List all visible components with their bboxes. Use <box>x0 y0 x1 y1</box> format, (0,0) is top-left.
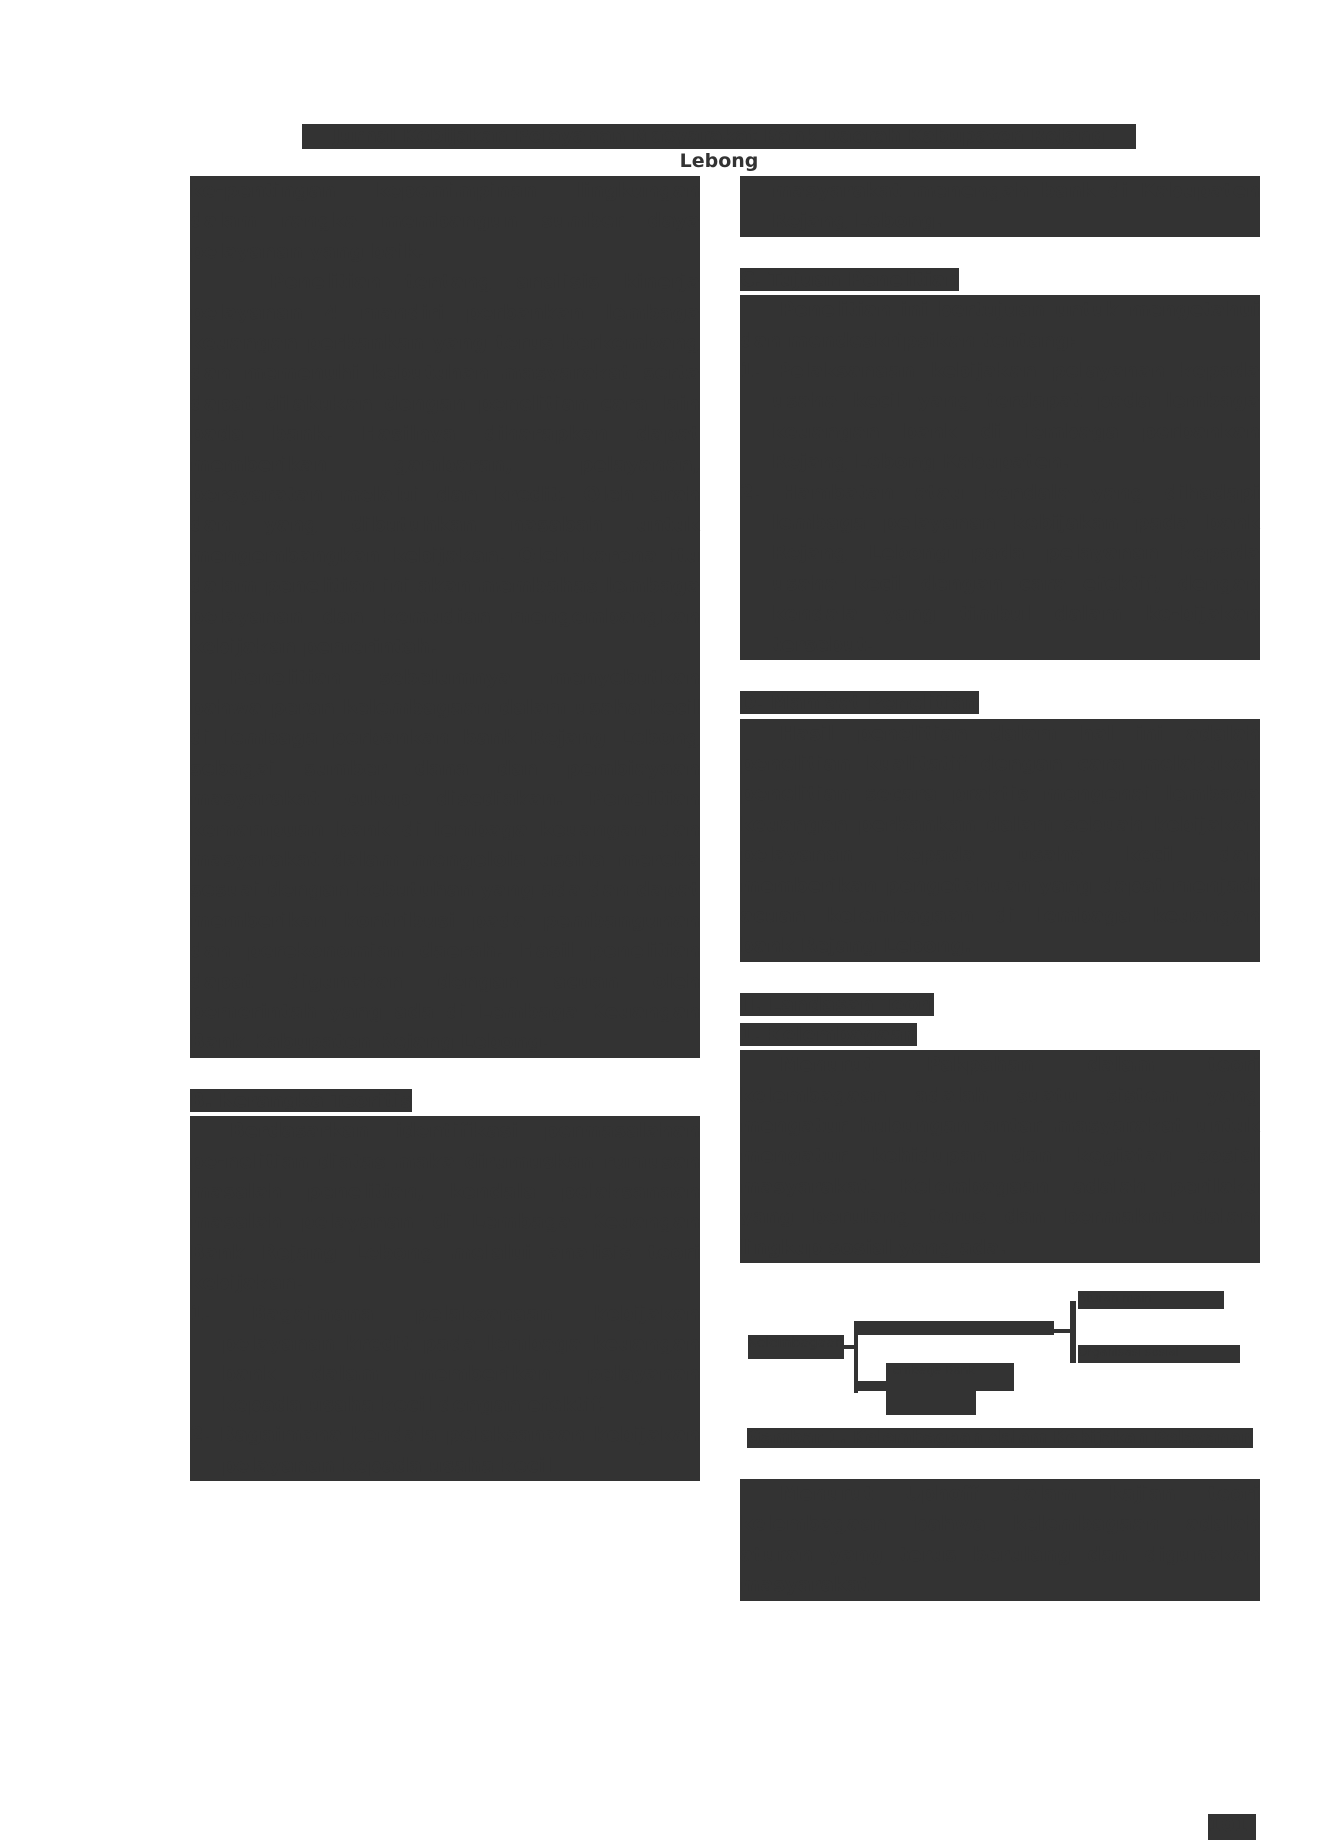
diagram-child: Organisasi sosial <box>1078 1345 1240 1363</box>
paragraph: Menurut Uphoff dalam kajian teori kelemb… <box>740 1479 1260 1601</box>
paragraph: masyarakat menengah bank di Kabupaten Re… <box>740 176 1260 237</box>
figure-caption: Gambar 1. Kelembagaan dalam Kebijakan Pe… <box>740 1425 1260 1451</box>
section-heading: B. Kerangka Teoritis <box>190 1086 700 1116</box>
diagram-root: Kelembagaan <box>748 1335 844 1359</box>
connector <box>1070 1301 1076 1363</box>
paragraph: Penelitian ini bertujuan untuk mengetahu… <box>740 295 1260 356</box>
paragraph: Berdasarkan identifikasi permasalahan pe… <box>190 1116 700 1298</box>
connector <box>854 1381 888 1391</box>
section-heading: D. Manfaat Penelitian <box>740 688 1260 718</box>
right-column: masyarakat menengah bank di Kabupaten Re… <box>740 176 1260 1601</box>
left-column: ke-pentingan kepemimpinan lingkungan dal… <box>190 176 700 1481</box>
paragraph: Hasil penelitian dalam hal ini adalah pe… <box>740 719 1260 962</box>
list-item: 1. Pelaksanaan kebijakan pelayanan kepad… <box>740 356 1260 478</box>
section-heading: C. Tujuan Penelitian <box>740 265 1260 295</box>
branch-top-bar <box>854 1321 1054 1335</box>
diagram-bottom: Lembaga Bank <box>886 1363 1014 1391</box>
diagram-bottom-line2 <box>886 1391 976 1415</box>
paragraph: Penelitian tentang analisis kinerja pela… <box>190 267 700 662</box>
list-item: 2. Bagaimana kendala pelaksanaan kebijak… <box>190 1420 700 1481</box>
paragraph: ke-pentingan kepemimpinan lingkungan dal… <box>190 176 700 267</box>
paragraph: Penelitian sebelumnya menyebutkan bahwa … <box>190 663 700 1058</box>
list-item: 2. Hambatan atau kendala yang dihadapi l… <box>740 478 1260 660</box>
running-header: Jurnal Kebijakan Pelayanan Masyarakat Ba… <box>302 124 1136 149</box>
page-number: 101 <box>1208 1814 1256 1840</box>
kelembagaan-diagram: Kelembagaan Aturan main Organisasi sosia… <box>740 1281 1260 1421</box>
list-item: 1. Bagaimana pelaksanaan kebijakan pelay… <box>190 1299 700 1421</box>
section-heading: II. Landasan Teori <box>740 990 1260 1020</box>
subsection-heading: 1. Kelembagaan <box>740 1020 1260 1050</box>
diagram-child: Aturan main <box>1078 1291 1224 1309</box>
paragraph: Menurut Pakpahan dalam teori kelembagaan… <box>740 1050 1260 1263</box>
